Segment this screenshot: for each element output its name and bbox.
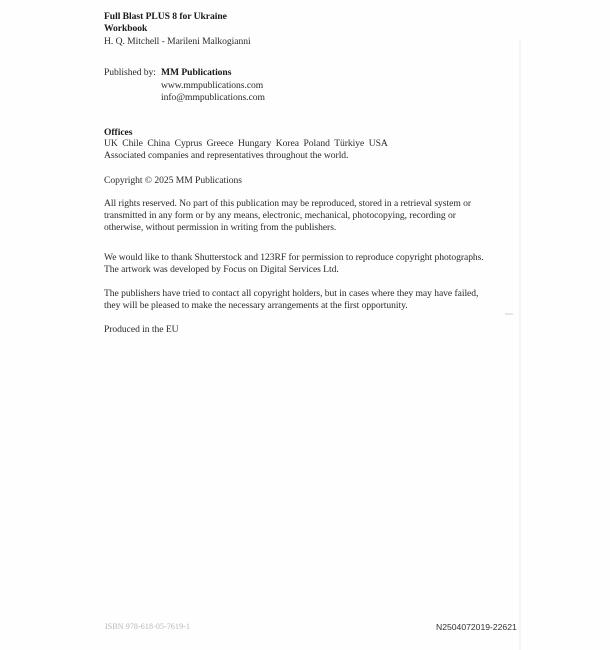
offices-note: Associated companies and representatives… bbox=[104, 150, 348, 162]
rights-line: All rights reserved. No part of this pub… bbox=[104, 198, 471, 210]
scan-fold-line bbox=[519, 40, 521, 650]
disclaimer-line: The publishers have tried to contact all… bbox=[104, 288, 478, 300]
book-subtitle: Workbook bbox=[104, 23, 147, 35]
print-code: N2504072019-22621 bbox=[436, 622, 517, 632]
publisher-email: info@mmpublications.com bbox=[161, 92, 265, 104]
publisher-name: MM Publications bbox=[161, 67, 231, 79]
isbn-number: ISBN 978-618-05-7619-1 bbox=[105, 622, 190, 631]
offices-countries: UK Chile China Cyprus Greece Hungary Kor… bbox=[104, 138, 388, 150]
publisher-website: www.mmpublications.com bbox=[161, 80, 263, 92]
rights-line: otherwise, without permission in writing… bbox=[104, 222, 336, 234]
scan-mark bbox=[505, 313, 513, 315]
authors: H. Q. Mitchell - Marileni Malkogianni bbox=[104, 36, 251, 48]
document-page: Full Blast PLUS 8 for Ukraine Workbook H… bbox=[0, 0, 610, 650]
acknowledgement-line: We would like to thank Shutterstock and … bbox=[104, 252, 484, 264]
rights-line: transmitted in any form or by any means,… bbox=[104, 210, 456, 222]
copyright-line: Copyright © 2025 MM Publications bbox=[104, 175, 242, 187]
published-by-label: Published by: bbox=[104, 67, 156, 79]
book-title: Full Blast PLUS 8 for Ukraine bbox=[104, 11, 227, 23]
produced-in-line: Produced in the EU bbox=[104, 324, 179, 336]
acknowledgement-line: The artwork was developed by Focus on Di… bbox=[104, 264, 339, 276]
disclaimer-line: they will be pleased to make the necessa… bbox=[104, 300, 408, 312]
